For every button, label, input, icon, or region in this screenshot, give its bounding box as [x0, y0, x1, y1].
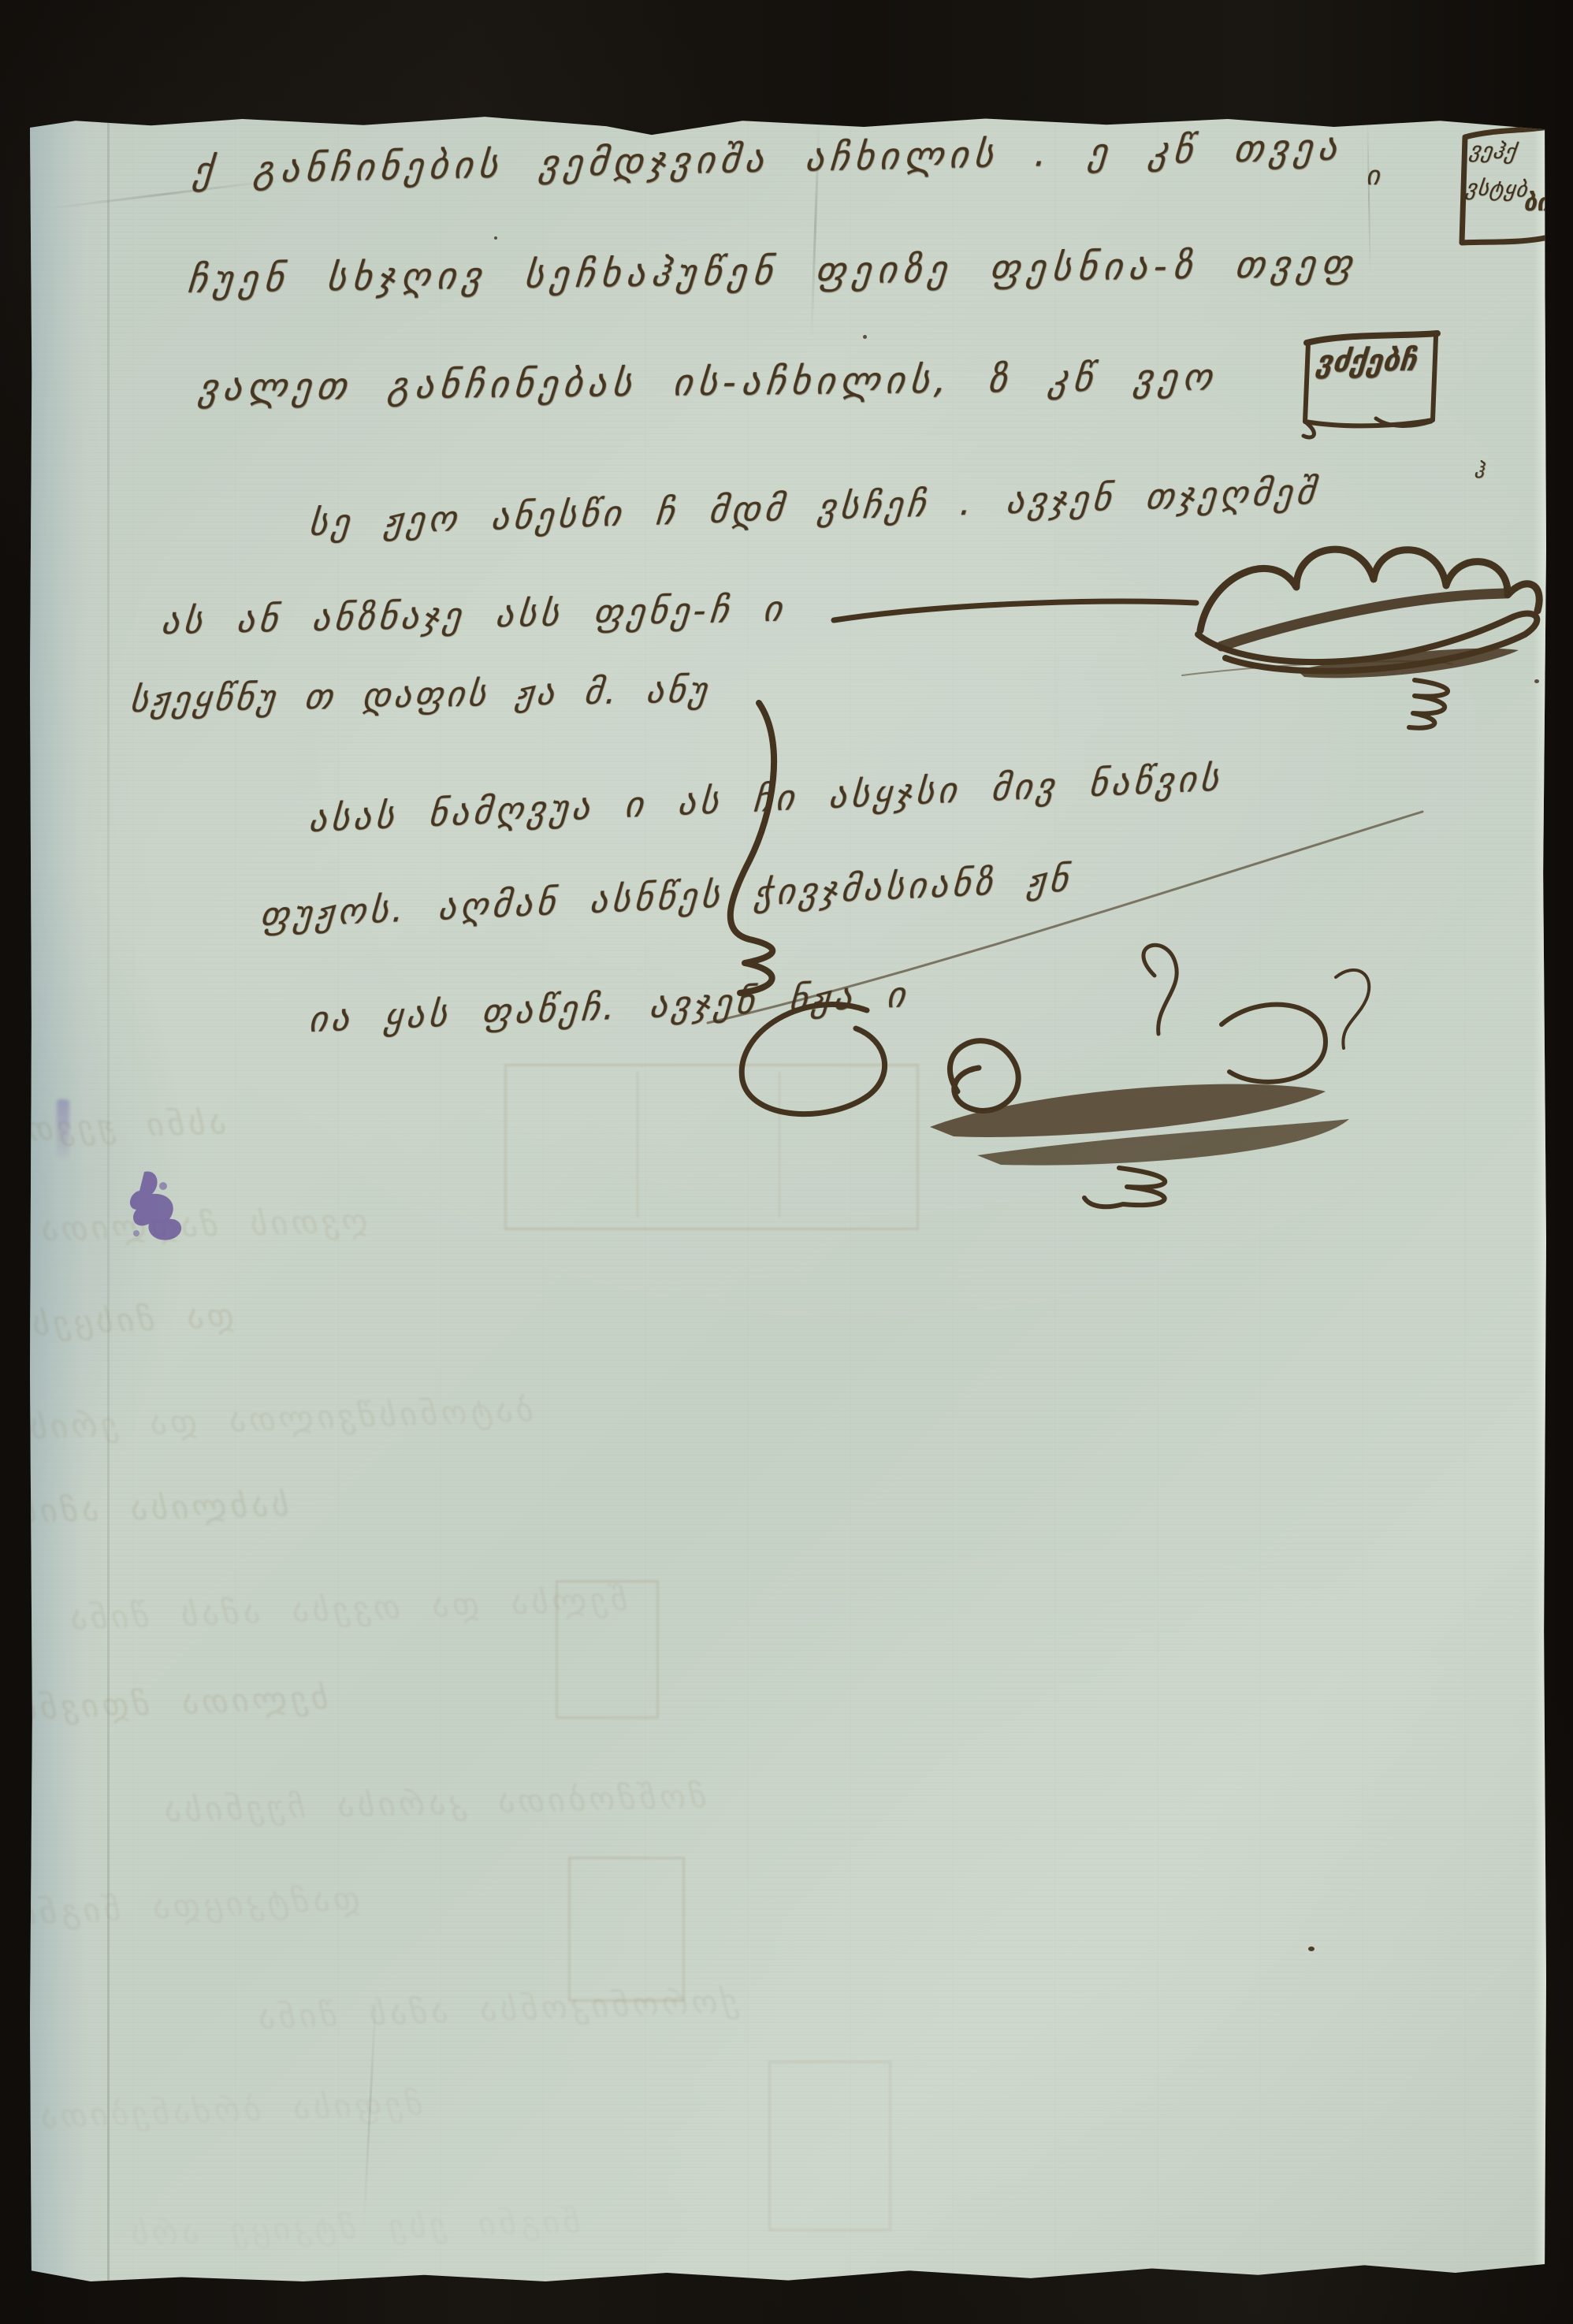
bleedthrough-line: წიგნი ესე მტკიცე არს [128, 2203, 582, 2252]
handwritten-line-6: სჟეყწნუ თ დაფის ჟა მ. ანუ [128, 670, 712, 720]
handwritten-line-3: ვალეთ განჩინებას ის-აჩხილის, ზ კწ ვეო [196, 355, 1219, 410]
ink-dash-stroke [826, 587, 1204, 634]
bleedthrough-stamp-box [768, 2061, 891, 2231]
bleedthrough-stamp-line [637, 1072, 638, 1218]
box-note-second-text: ვძქებჩ [1315, 343, 1418, 379]
bleedthrough-stamp-box [568, 1857, 685, 2002]
signature-flourish-upper [1178, 500, 1572, 705]
box-note-line-1: ვეჰქ [1468, 138, 1518, 165]
ending-loop-stroke [709, 985, 898, 1143]
handwritten-line-2: ჩუენ სხჯღივ სეჩხაჰუწენ ფეიზე ფესნია-ზ თვ… [185, 242, 1360, 302]
purple-stain-streak [57, 1099, 69, 1158]
ink-speck [1534, 679, 1539, 683]
scanner-background: ასნი ჟევთა მესნიშვა დღეთა წყა ღვთის მადლ… [0, 0, 1573, 2324]
ink-speck [863, 335, 867, 339]
bleedthrough-line: წელსა და თვესა ამას შინა [67, 1580, 630, 1638]
torn-top-edge [30, 114, 1546, 119]
bleedthrough-line: მოწმობითა კარისა ჩუენისა [162, 1777, 708, 1829]
bleedthrough-stamp-box [556, 1580, 659, 1719]
purple-ink-stain [114, 1162, 193, 1249]
binding-fold-line [107, 114, 110, 2281]
ink-speck [1308, 1947, 1315, 1951]
box-note-second-mark: ჰ [1474, 459, 1484, 483]
box-note-line-2: ვსტყბ [1464, 176, 1529, 203]
paper-crease [1367, 117, 1370, 275]
handwritten-line-5: ას ან ანზნაჯე ასს ფენე-ჩ ი [159, 587, 787, 642]
handwritten-mark: ი [1366, 160, 1380, 191]
box-note-overflow-mark: ბი [1523, 189, 1550, 217]
page-right-edge-highlight [1534, 114, 1546, 2281]
handwritten-line-4: სე ჟეო ანესწი ჩ მდმ ვსჩეჩ . ავჯენ თჯეღმე… [307, 470, 1321, 544]
handwritten-line-1: ქ განჩინების ვემდჯვიშა აჩხილის . ე კწ თვ… [192, 125, 1344, 193]
binding-edge [30, 114, 109, 2281]
manuscript-page: ასნი ჟევთა მესნიშვა დღეთა წყა ღვთის მადლ… [30, 114, 1546, 2281]
signature-flourish-lower [883, 930, 1434, 1221]
ink-speck [494, 236, 497, 240]
